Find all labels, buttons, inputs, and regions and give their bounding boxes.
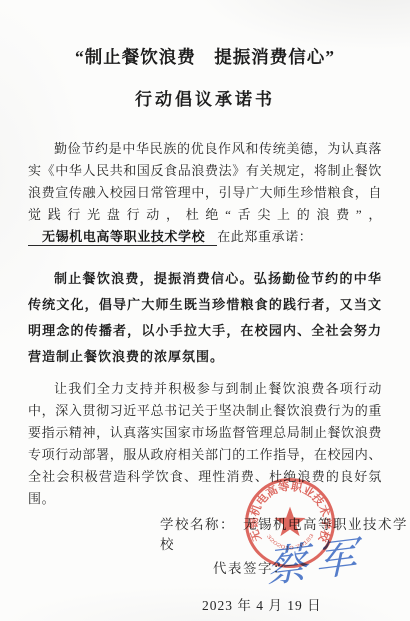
scanned-document-page: “制止餐饮浪费 提振消费信心” 行动倡议承诺书 勤俭节约是中华民族的优良作风和传… (0, 0, 410, 621)
school-name-label: 学校名称： (160, 517, 235, 532)
handwritten-signature-cai-jun: 蔡军 (265, 520, 375, 604)
